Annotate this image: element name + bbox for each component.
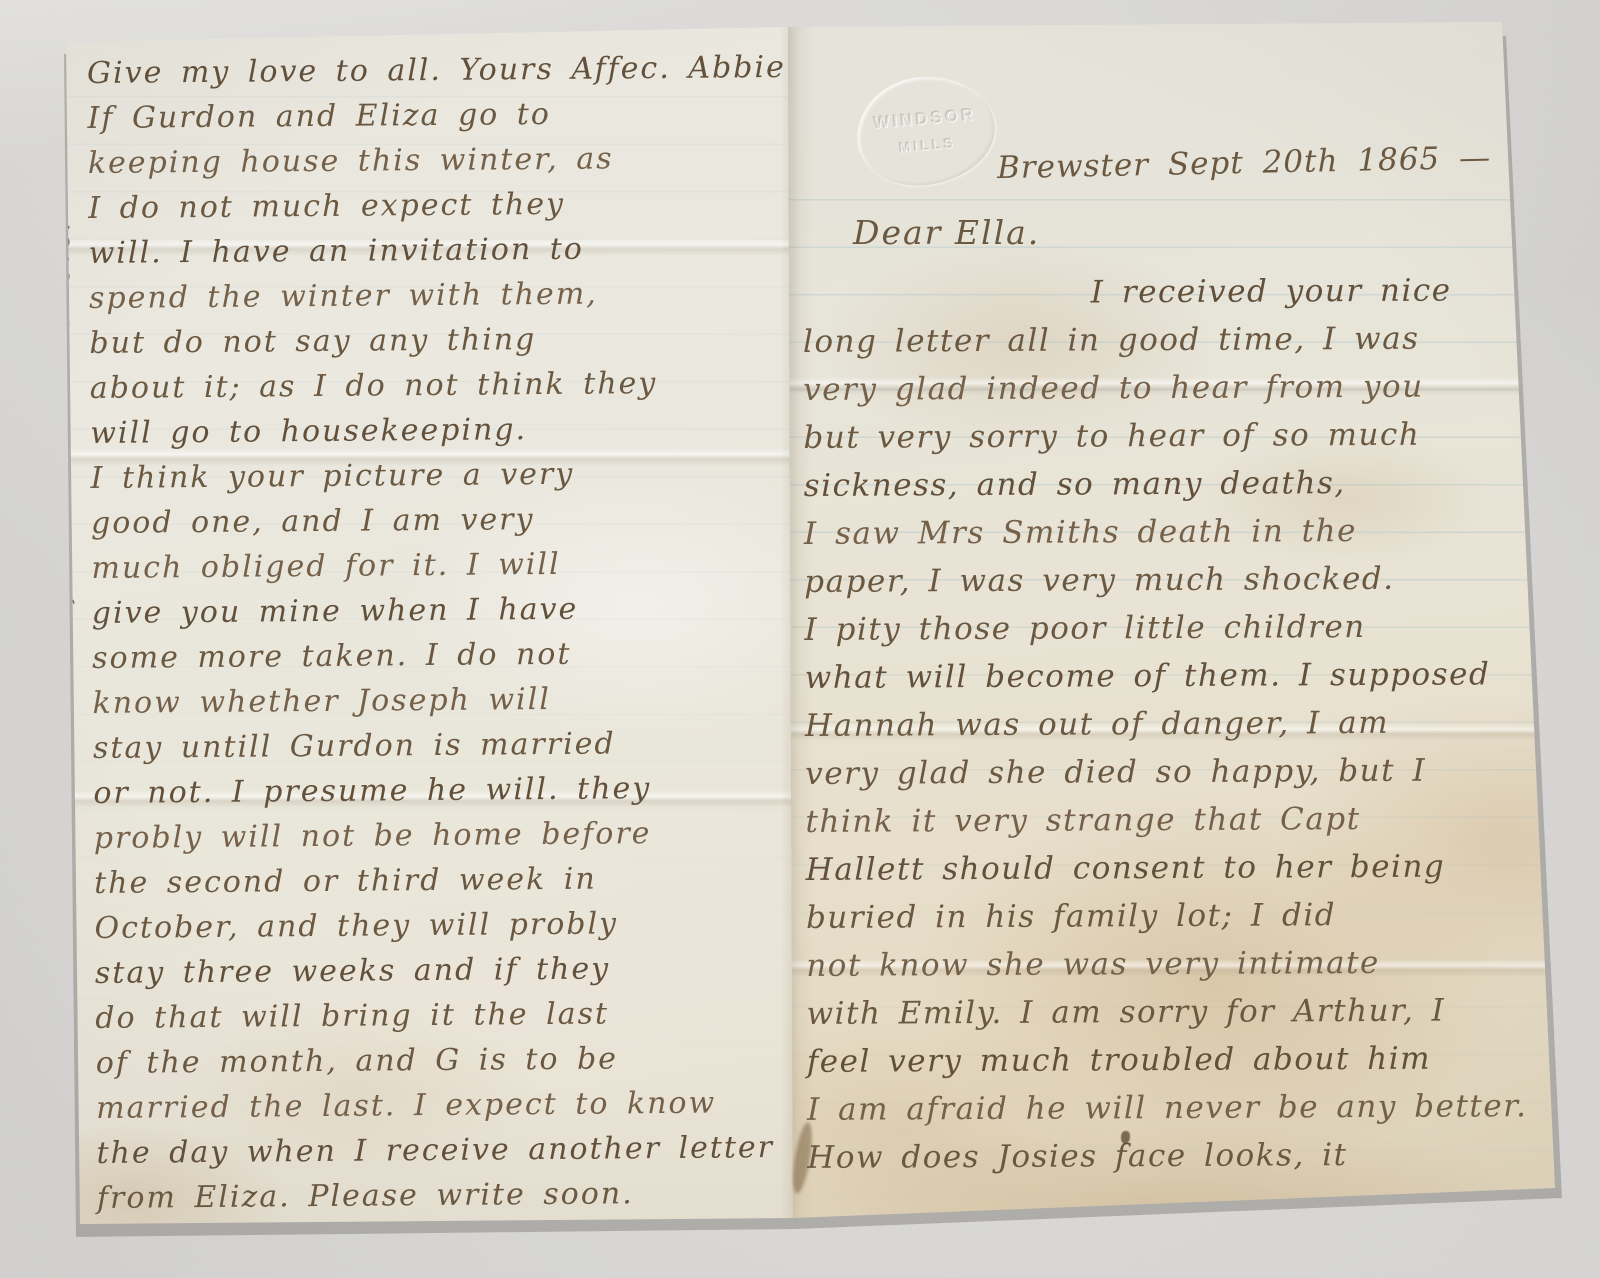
handwritten-line: will go to housekeeping.	[90, 405, 770, 456]
handwritten-line: much obliged for it. I will	[91, 540, 771, 591]
handwritten-line: know whether Joseph will	[92, 675, 772, 726]
stamp-text-line2: MILLS	[898, 134, 956, 155]
handwritten-line: with Emily. I am sorry for Arthur, I	[806, 986, 1548, 1038]
handwritten-line: do that will bring it the last	[95, 990, 775, 1041]
salutation: Dear Ella.	[853, 213, 1040, 252]
handwritten-line: spend the winter with them,	[89, 270, 769, 321]
handwritten-line: If Gurdon and Eliza go to	[87, 90, 767, 141]
right-page-text: I received your nicelong letter all in g…	[803, 266, 1550, 1182]
handwritten-line: buried in his family lot; I did	[806, 890, 1548, 942]
letter-page-left: Tell your Mother I would like a letter f…	[60, 20, 802, 1235]
handwritten-line: good one, and I am very	[91, 495, 771, 546]
handwritten-line: about it; as I do not think they	[90, 360, 770, 411]
handwritten-line: but do not say any thing	[89, 315, 769, 366]
handwritten-line: think it very strange that Capt	[805, 794, 1547, 846]
handwritten-line: but very sorry to hear of so much	[803, 410, 1545, 462]
handwritten-line: from Eliza. Please write soon.	[97, 1170, 777, 1221]
handwritten-line: I think your picture a very	[90, 450, 770, 501]
handwritten-line: will. I have an invitation to	[88, 225, 768, 276]
handwritten-line: the day when I receive another letter	[96, 1125, 776, 1176]
handwritten-line: very glad she died so happy, but I	[805, 746, 1547, 798]
handwritten-line: stay three weeks and if they	[95, 945, 775, 996]
handwritten-line: very glad indeed to hear from you	[803, 362, 1545, 414]
handwritten-line: keeping house this winter, as	[88, 135, 768, 186]
letter-page-right: WINDSOR MILLS Brewster Sept 20th 1865 — …	[785, 15, 1563, 1227]
handwritten-line: I am afraid he will never be any better.	[807, 1082, 1549, 1134]
handwritten-line: I saw Mrs Smiths death in the	[804, 506, 1546, 558]
dateline: Brewster Sept 20th 1865 —	[997, 140, 1492, 186]
handwritten-line: not know she was very intimate	[806, 938, 1548, 990]
handwritten-line: or not. I presume he will. they	[93, 765, 773, 816]
handwritten-line: probly will not be home before	[94, 810, 774, 861]
handwritten-line: Hallett should consent to her being	[806, 842, 1548, 894]
handwritten-line: the second or third week in	[94, 855, 774, 906]
handwritten-line: I do not much expect they	[88, 180, 768, 231]
handwritten-line: feel very much troubled about him	[807, 1034, 1549, 1086]
stamp-text-line1: WINDSOR	[873, 105, 978, 134]
handwritten-line: Give my love to all. Yours Affec. Abbie	[87, 45, 767, 96]
handwritten-line: sickness, and so many deaths,	[804, 458, 1546, 510]
handwritten-line: of the month, and G is to be	[96, 1035, 776, 1086]
handwritten-line: stay untill Gurdon is married	[93, 720, 773, 771]
handwritten-line: I pity those poor little children	[804, 602, 1546, 654]
letter-photograph: Tell your Mother I would like a letter f…	[0, 0, 1600, 1278]
handwritten-line: Hannah was out of danger, I am	[805, 698, 1547, 750]
handwritten-line: long letter all in good time, I was	[803, 314, 1545, 366]
left-page-text: Give my love to all. Yours Affec. AbbieI…	[87, 45, 777, 1221]
handwritten-line: I received your nice	[803, 266, 1545, 318]
handwritten-line: paper, I was very much shocked.	[804, 554, 1546, 606]
handwritten-line: what will become of them. I supposed	[805, 650, 1547, 702]
handwritten-line: married the last. I expect to know	[96, 1080, 776, 1131]
windsor-mills-embossed-stamp: WINDSOR MILLS	[853, 71, 1000, 191]
handwritten-line: How does Josies face looks, it	[807, 1130, 1549, 1182]
handwritten-line: October, and they will probly	[94, 900, 774, 951]
handwritten-line: give you mine when I have	[92, 585, 772, 636]
handwritten-line: some more taken. I do not	[92, 630, 772, 681]
